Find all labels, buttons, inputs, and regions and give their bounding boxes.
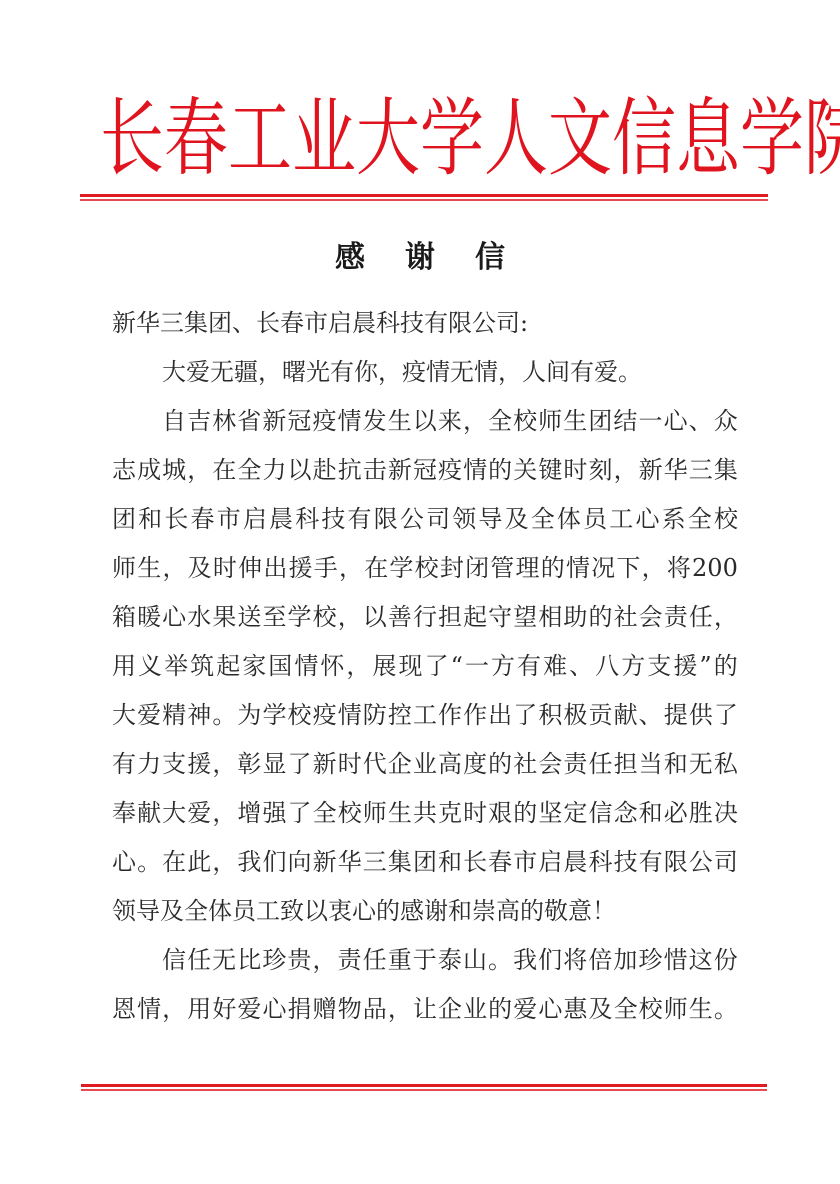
footer-red-divider (81, 1084, 767, 1091)
text-line: 用义举筑起家国情怀，展现了“一方有难、八方支援”的 (112, 642, 738, 691)
divider-thin-line (80, 199, 768, 201)
letterhead-char: 信 (612, 98, 676, 182)
letterhead-char: 学 (420, 98, 484, 182)
divider-thin-line (81, 1089, 767, 1091)
title-char: 谢 (405, 240, 435, 275)
divider-thick-line (80, 194, 768, 197)
letterhead-char: 文 (548, 98, 612, 182)
letterhead-char: 学 (740, 98, 804, 182)
text-line: 恩情，用好爱心捐赠物品，让企业的爱心惠及全校师生。 (112, 985, 738, 1034)
text-line: 领导及全体员工致以衷心的感谢和崇高的敬意！ (112, 887, 738, 936)
letter-body: 新华三集团、长春市启晨科技有限公司: 大爱无疆，曙光有你，疫情无情，人间有爱。自… (112, 299, 738, 1034)
letterhead-char: 大 (356, 98, 420, 182)
letterhead-red-divider (80, 194, 768, 201)
text-line: 信任无比珍贵，责任重于泰山。我们将倍加珍惜这份 (112, 936, 738, 985)
text-line: 奉献大爱，增强了全校师生共克时艰的坚定信念和必胜决 (112, 789, 738, 838)
letterhead-char: 院 (804, 98, 840, 182)
letterhead-char: 人 (484, 98, 548, 182)
letterhead-char: 长 (100, 98, 164, 182)
text-line: 有力支援，彰显了新时代企业高度的社会责任担当和无私 (112, 740, 738, 789)
letterhead-char: 工 (228, 98, 292, 182)
title-char: 信 (475, 240, 505, 275)
text-line: 心。在此，我们向新华三集团和长春市启晨科技有限公司 (112, 838, 738, 887)
text-line: 志成城，在全力以赴抗击新冠疫情的关键时刻，新华三集 (112, 446, 738, 495)
letterhead-char: 春 (164, 98, 228, 182)
text-line: 大爱精神。为学校疫情防控工作作出了积极贡献、提供了 (112, 691, 738, 740)
text-line: 大爱无疆，曙光有你，疫情无情，人间有爱。 (112, 348, 738, 397)
letterhead-institution-name: 长春工业大学人文信息学院 (100, 92, 740, 188)
text-line: 师生，及时伸出援手，在学校封闭管理的情况下，将200 (112, 544, 738, 593)
text-line: 自吉林省新冠疫情发生以来，全校师生团结一心、众 (112, 397, 738, 446)
letterhead-char: 息 (676, 98, 740, 182)
letter-title: 感谢信 (0, 232, 840, 276)
body-paragraphs: 大爱无疆，曙光有你，疫情无情，人间有爱。自吉林省新冠疫情发生以来，全校师生团结一… (112, 348, 738, 1034)
text-line: 团和长春市启晨科技有限公司领导及全体员工心系全校 (112, 495, 738, 544)
title-char: 感 (335, 240, 365, 275)
divider-thick-line (81, 1084, 767, 1087)
letterhead-char: 业 (292, 98, 356, 182)
text-line: 箱暖心水果送至学校，以善行担起守望相助的社会责任， (112, 593, 738, 642)
salutation: 新华三集团、长春市启晨科技有限公司: (112, 299, 738, 348)
